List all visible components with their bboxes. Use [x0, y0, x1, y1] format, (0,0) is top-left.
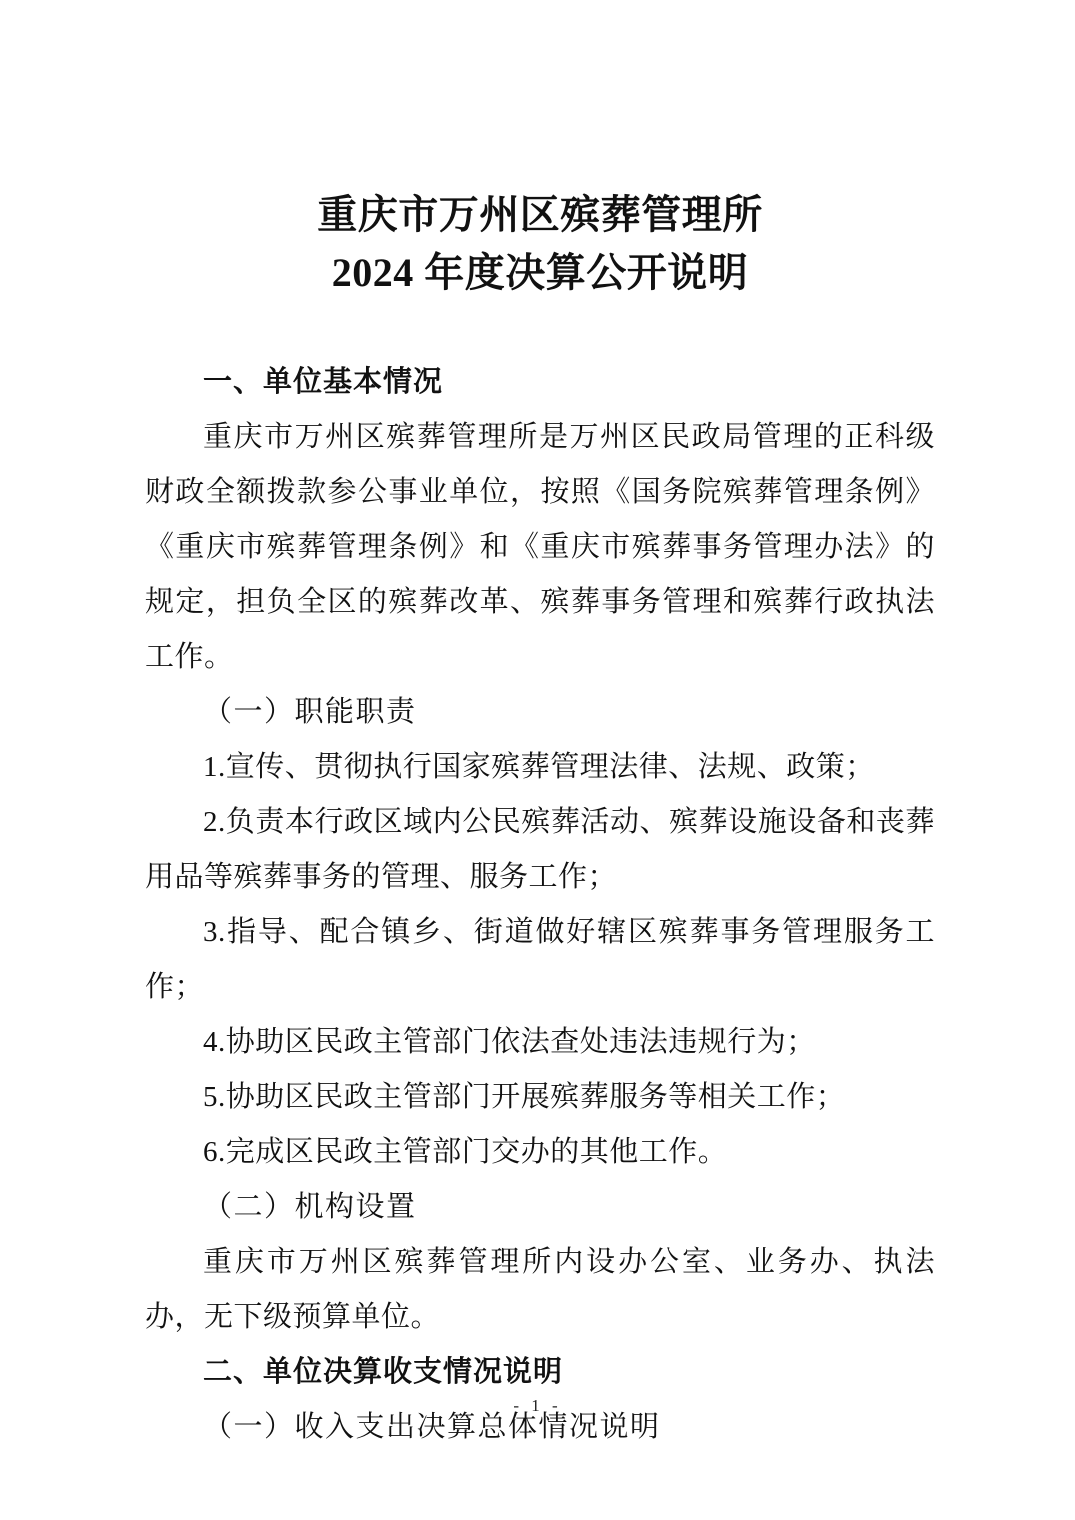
section-heading-1: 一、单位基本情况 — [145, 355, 935, 410]
title-line-2: 2024 年度决算公开说明 — [145, 244, 935, 302]
page-number: - 1 - — [0, 1396, 1075, 1416]
document-title: 重庆市万州区殡葬管理所 2024 年度决算公开说明 — [145, 186, 935, 302]
subsection-heading-structure: （二）机构设置 — [145, 1180, 935, 1235]
list-item-duty-1: 1.宣传、贯彻执行国家殡葬管理法律、法规、政策； — [145, 740, 935, 795]
list-item-duty-3: 3.指导、配合镇乡、街道做好辖区殡葬事务管理服务工作； — [145, 905, 935, 1015]
list-item-duty-5: 5.协助区民政主管部门开展殡葬服务等相关工作； — [145, 1070, 935, 1125]
list-item-duty-2: 2.负责本行政区域内公民殡葬活动、殡葬设施设备和丧葬用品等殡葬事务的管理、服务工… — [145, 795, 935, 905]
subsection-heading-duties: （一）职能职责 — [145, 685, 935, 740]
document-content: 重庆市万州区殡葬管理所 2024 年度决算公开说明 一、单位基本情况 重庆市万州… — [145, 186, 935, 1455]
title-line-1: 重庆市万州区殡葬管理所 — [145, 186, 935, 244]
list-item-duty-4: 4.协助区民政主管部门依法查处违法违规行为； — [145, 1015, 935, 1070]
document-body: 一、单位基本情况 重庆市万州区殡葬管理所是万州区民政局管理的正科级财政全额拨款参… — [145, 355, 935, 1455]
section-heading-2: 二、单位决算收支情况说明 — [145, 1345, 935, 1400]
document-page: 重庆市万州区殡葬管理所 2024 年度决算公开说明 一、单位基本情况 重庆市万州… — [0, 0, 1075, 1520]
paragraph-structure: 重庆市万州区殡葬管理所内设办公室、业务办、执法办，无下级预算单位。 — [145, 1235, 935, 1345]
paragraph-unit-overview: 重庆市万州区殡葬管理所是万州区民政局管理的正科级财政全额拨款参公事业单位，按照《… — [145, 410, 935, 685]
list-item-duty-6: 6.完成区民政主管部门交办的其他工作。 — [145, 1125, 935, 1180]
